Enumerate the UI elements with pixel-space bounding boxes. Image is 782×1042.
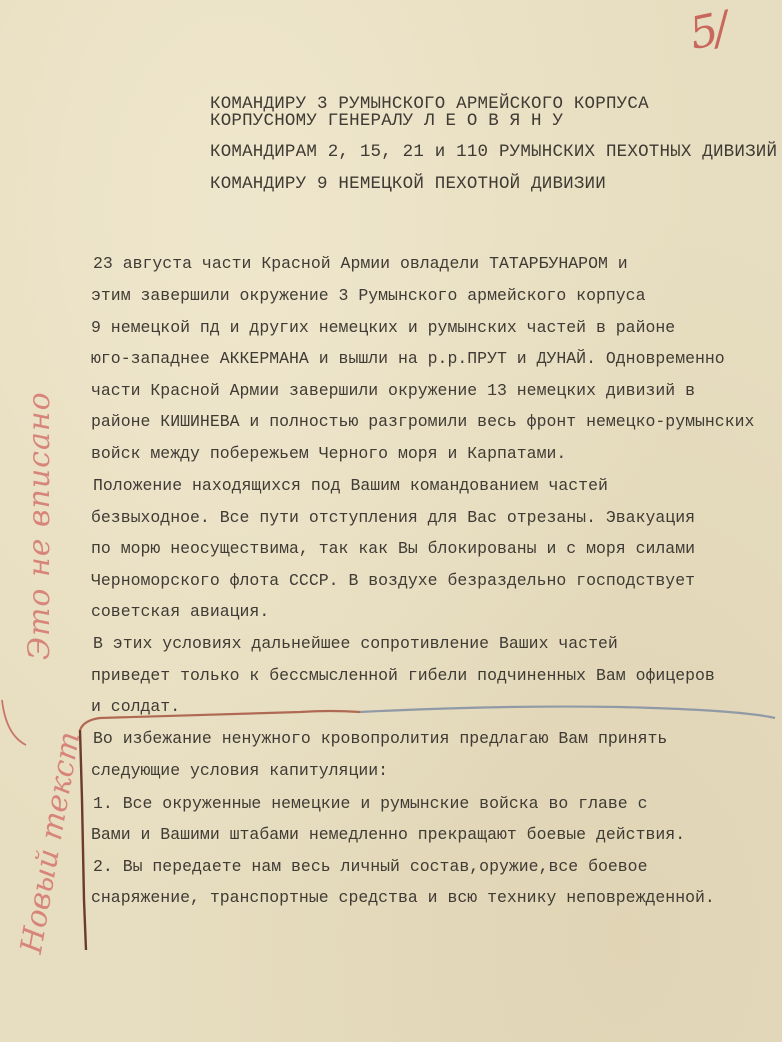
text-line: этим завершили окружение 3 Румынского ар… xyxy=(91,286,646,305)
text-line: следующие условия капитуляции: xyxy=(91,761,388,780)
text-line: войск между побережьем Черного моря и Ка… xyxy=(91,444,566,463)
text-line: Положение находящихся под Вашим командов… xyxy=(93,476,608,495)
text-line: юго-западнее АККЕРМАНА и вышли на р.р.ПР… xyxy=(91,349,725,368)
text-line: приведет только к бессмысленной гибели п… xyxy=(91,666,715,685)
text-line: районе КИШИНЕВА и полностью разгромили в… xyxy=(91,412,754,431)
text-line: части Красной Армии завершили окружение … xyxy=(91,381,695,400)
margin-note-vertical: Это не вписано xyxy=(22,391,57,660)
text-line: Черноморского флота СССР. В воздухе безр… xyxy=(91,571,695,590)
text-line: 9 немецкой пд и других немецких и румынс… xyxy=(91,318,675,337)
text-line: и солдат. xyxy=(91,697,180,716)
text-line: по морю неосуществима, так как Вы блокир… xyxy=(91,539,695,558)
text-line: Во избежание ненужного кровопролития пре… xyxy=(93,729,667,748)
text-line: советская авиация. xyxy=(91,602,269,621)
text-line: безвыходное. Все пути отступления для Ва… xyxy=(91,508,695,527)
text-line: 23 августа части Красной Армии овладели … xyxy=(93,254,628,273)
text-line: Вами и Вашими штабами немедленно прекращ… xyxy=(91,825,685,844)
text-line: снаряжение, транспортные средства и всю … xyxy=(91,888,715,907)
text-line: 1. Все окруженные немецкие и румынские в… xyxy=(93,794,648,813)
text-line: 2. Вы передаете нам весь личный состав,о… xyxy=(93,857,648,876)
text-line: В этих условиях дальнейшее сопротивление… xyxy=(93,634,618,653)
